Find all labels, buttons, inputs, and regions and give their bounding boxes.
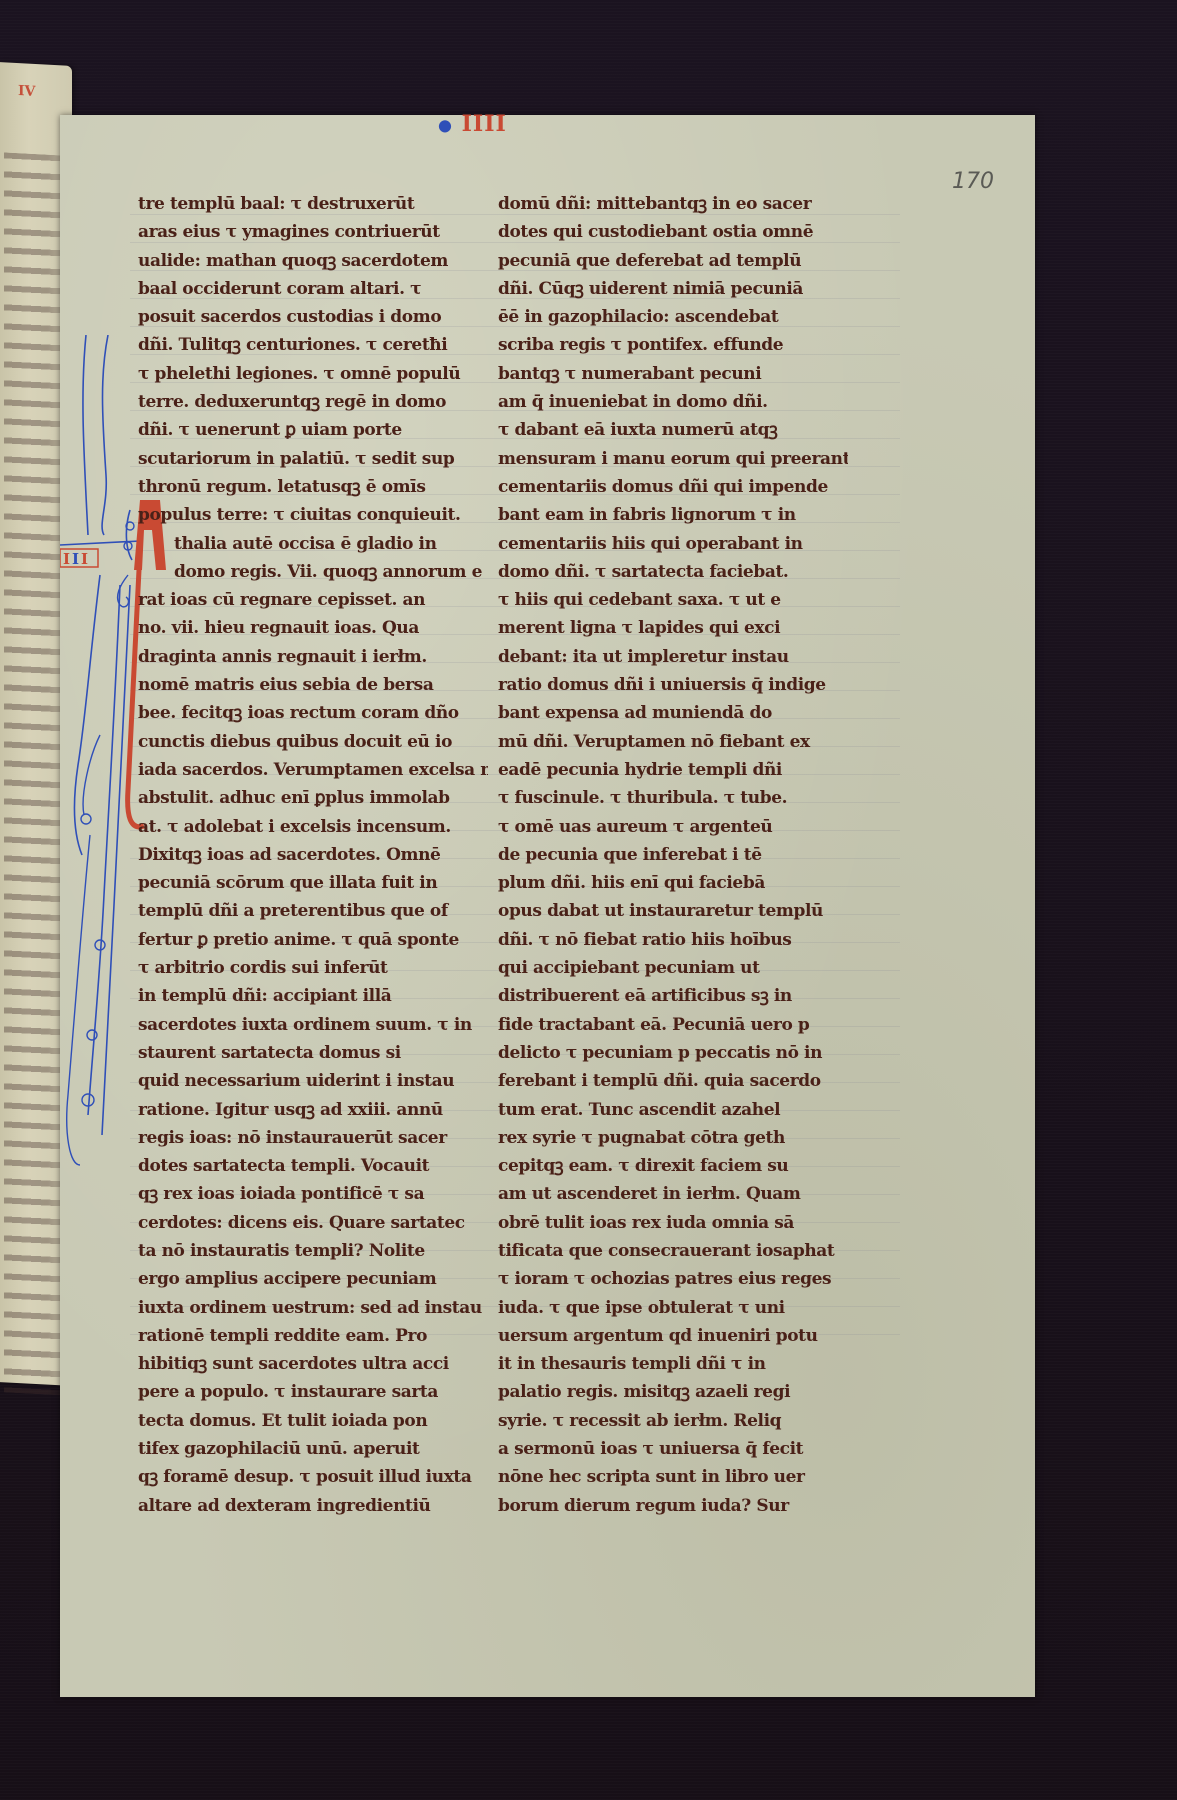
text-line: scutariorum in palatiū. τ sedit sup <box>138 445 488 473</box>
text-line: cementariis hiis qui operabant in <box>498 530 848 558</box>
text-line: dotes sartatecta templi. Vocauit <box>138 1152 488 1180</box>
text-column-left: tre templū baal: τ destruxerūt aras eius… <box>138 190 488 1520</box>
text-line: τ ioram τ ochozias patres eius reges <box>498 1265 848 1293</box>
text-line: borum dierum regum iuda? Sur <box>498 1492 848 1520</box>
text-line: sacerdotes iuxta ordinem suum. τ in <box>138 1011 488 1039</box>
text-line: distribuerent eā artificibus sꝫ in <box>498 982 848 1010</box>
text-line: thalia autē occisa ē gladio in <box>138 530 488 558</box>
text-line: τ phelethi legiones. τ omnē populū <box>138 360 488 388</box>
text-line: rex syrie τ pugnabat cōtra geth <box>498 1124 848 1152</box>
text-line: qui accipiebant pecuniam ut <box>498 954 848 982</box>
text-line: bant eam in fabris lignorum τ in <box>498 501 848 529</box>
text-line: rat ioas cū regnare cepisset. an <box>138 586 488 614</box>
text-line: bee. fecitqꝫ ioas rectum coram dño <box>138 699 488 727</box>
text-line: eadē pecunia hydrie templi dñi <box>498 756 848 784</box>
text-line: dñi. Cūqꝫ uiderent nimiā pecuniā <box>498 275 848 303</box>
text-line: τ arbitrio cordis sui inferūt <box>138 954 488 982</box>
text-line: cepitqꝫ eam. τ direxit faciem su <box>498 1152 848 1180</box>
text-line: quid necessarium uiderint i instau <box>138 1067 488 1095</box>
text-line: templū dñi a preterentibus que of <box>138 897 488 925</box>
left-page-text-fragment <box>4 152 66 1395</box>
text-line: de pecunia que inferebat i tē <box>498 841 848 869</box>
text-line: τ hiis qui cedebant saxa. τ ut e <box>498 586 848 614</box>
text-column-right: domū dñi: mittebantqꝫ in eo sacer dotes … <box>498 190 848 1520</box>
text-line: palatio regis. misitqꝫ azaeli regi <box>498 1378 848 1406</box>
text-line: dñi. τ nō fiebat ratio hiis hoībus <box>498 926 848 954</box>
text-line: merent ligna τ lapides qui exci <box>498 614 848 642</box>
text-line: draginta annis regnauit i ierłm. <box>138 643 488 671</box>
text-line: pecuniā scōrum que illata fuit in <box>138 869 488 897</box>
text-line: bant expensa ad muniendā do <box>498 699 848 727</box>
text-line: nōne hec scripta sunt in libro uer <box>498 1463 848 1491</box>
folio-number: 170 <box>952 169 994 194</box>
text-line: delicto τ pecuniam p peccatis nō in <box>498 1039 848 1067</box>
text-line: Dixitqꝫ ioas ad sacerdotes. Omnē <box>138 841 488 869</box>
text-line: at. τ adolebat i excelsis incensum. <box>138 813 488 841</box>
running-header: ● IIII <box>430 111 515 137</box>
text-line: qꝫ foramē desup. τ posuit illud iuxta <box>138 1463 488 1491</box>
text-line: tecta domus. Et tulit ioiada pon <box>138 1407 488 1435</box>
text-line: domo regis. Vii. quoqꝫ annorum e <box>138 558 488 586</box>
text-line: pere a populo. τ instaurare sarta <box>138 1378 488 1406</box>
text-line: hibitiqꝫ sunt sacerdotes ultra acci <box>138 1350 488 1378</box>
text-line: ēē in gazophilacio: ascendebat <box>498 303 848 331</box>
text-line: mensuram i manu eorum qui preerant <box>498 445 848 473</box>
text-line: tum erat. Tunc ascendit azahel <box>498 1096 848 1124</box>
text-line: dñi. Tulitqꝫ centuriones. τ ceretħi <box>138 331 488 359</box>
text-line: obrē tulit ioas rex iuda omnia sā <box>498 1209 848 1237</box>
text-line: domū dñi: mittebantqꝫ in eo sacer <box>498 190 848 218</box>
text-line: fide tractabant eā. Pecuniā uero p <box>498 1011 848 1039</box>
text-line: regis ioas: nō instaurauerūt sacer <box>138 1124 488 1152</box>
text-line: posuit sacerdos custodias i domo <box>138 303 488 331</box>
text-line: ualide: mathan quoqꝫ sacerdotem <box>138 247 488 275</box>
svg-text:I: I <box>81 550 88 568</box>
text-line: nomē matris eius sebia de bersa <box>138 671 488 699</box>
text-line: abstulit. adhuc enī ꝑplus immolab <box>138 784 488 812</box>
text-line: ratione. Igitur usqꝫ ad xxiii. annū <box>138 1096 488 1124</box>
text-line: rationē templi reddite eam. Pro <box>138 1322 488 1350</box>
text-line: thronū regum. letatusqꝫ ē omīs <box>138 473 488 501</box>
text-line: ratio domus dñi i uniuersis q̄ indige <box>498 671 848 699</box>
text-line: debant: ita ut impleretur instau <box>498 643 848 671</box>
text-line: dotes qui custodiebant ostia omnē <box>498 218 848 246</box>
text-line: altare ad dexteram ingredientiū <box>138 1492 488 1520</box>
text-line: populus terre: τ ciuitas conquieuit. <box>138 501 488 529</box>
text-line: ergo amplius accipere pecuniam <box>138 1265 488 1293</box>
text-line: terre. deduxeruntqꝫ regē in domo <box>138 388 488 416</box>
text-line: a sermonū ioas τ uniuersa q̄ fecit <box>498 1435 848 1463</box>
text-line: plum dñi. hiis enī qui faciebā <box>498 869 848 897</box>
text-line: am q̄ inueniebat in domo dñi. <box>498 388 848 416</box>
left-page-header-fragment: IV <box>18 83 35 100</box>
text-line: mū dñi. Veruptamen nō fiebant ex <box>498 728 848 756</box>
text-line: uersum argentum qd inueniri potu <box>498 1322 848 1350</box>
svg-text:I: I <box>63 550 70 568</box>
text-line: tificata que consecrauerant iosaphat <box>498 1237 848 1265</box>
text-line: tre templū baal: τ destruxerūt <box>138 190 488 218</box>
text-line: ferebant i templū dñi. quia sacerdo <box>498 1067 848 1095</box>
text-line: iada sacerdos. Verumptamen excelsa nō <box>138 756 488 784</box>
text-line: τ fuscinule. τ thuribula. τ tube. <box>498 784 848 812</box>
manuscript-folio: ● IIII 170 I I I tre templū baal: τ dest… <box>60 115 1035 1697</box>
text-line: no. vii. hieu regnauit ioas. Qua <box>138 614 488 642</box>
text-line: tifex gazophilaciū unū. aperuit <box>138 1435 488 1463</box>
text-line: ta nō instauratis templi? Nolite <box>138 1237 488 1265</box>
text-line: cerdotes: dicens eis. Quare sartatec <box>138 1209 488 1237</box>
svg-text:I: I <box>72 550 79 568</box>
text-line: domo dñi. τ sartatecta faciebat. <box>498 558 848 586</box>
blue-paraph-icon: ● <box>438 116 453 135</box>
text-line: baal occiderunt coram altari. τ <box>138 275 488 303</box>
text-line: τ dabant eā iuxta numerū atqꝫ <box>498 416 848 444</box>
text-line: aras eius τ ymagines contriuerūt <box>138 218 488 246</box>
text-line: it in thesauris templi dñi τ in <box>498 1350 848 1378</box>
text-line: τ omē uas aureum τ argenteū <box>498 813 848 841</box>
text-line: fertur ꝑ pretio anime. τ quā sponte <box>138 926 488 954</box>
text-line: qꝫ rex ioas ioiada pontificē τ sa <box>138 1180 488 1208</box>
text-line: in templū dñi: accipiant illā <box>138 982 488 1010</box>
text-line: opus dabat ut instauraretur templū <box>498 897 848 925</box>
text-line: am ut ascenderet in ierłm. Quam <box>498 1180 848 1208</box>
text-line: syrie. τ recessit ab ierłm. Reliq <box>498 1407 848 1435</box>
text-line: iuxta ordinem uestrum: sed ad instau <box>138 1294 488 1322</box>
text-line: scriba regis τ pontifex. effunde <box>498 331 848 359</box>
text-line: staurent sartatecta domus si <box>138 1039 488 1067</box>
text-line: pecuniā que deferebat ad templū <box>498 247 848 275</box>
text-line: cementariis domus dñi qui impende <box>498 473 848 501</box>
text-line: dñi. τ uenerunt ꝑ uiam porte <box>138 416 488 444</box>
text-line: iuda. τ que ipse obtulerat τ uni <box>498 1294 848 1322</box>
text-line: bantqꝫ τ numerabant pecuni <box>498 360 848 388</box>
text-line: cunctis diebus quibus docuit eū io <box>138 728 488 756</box>
